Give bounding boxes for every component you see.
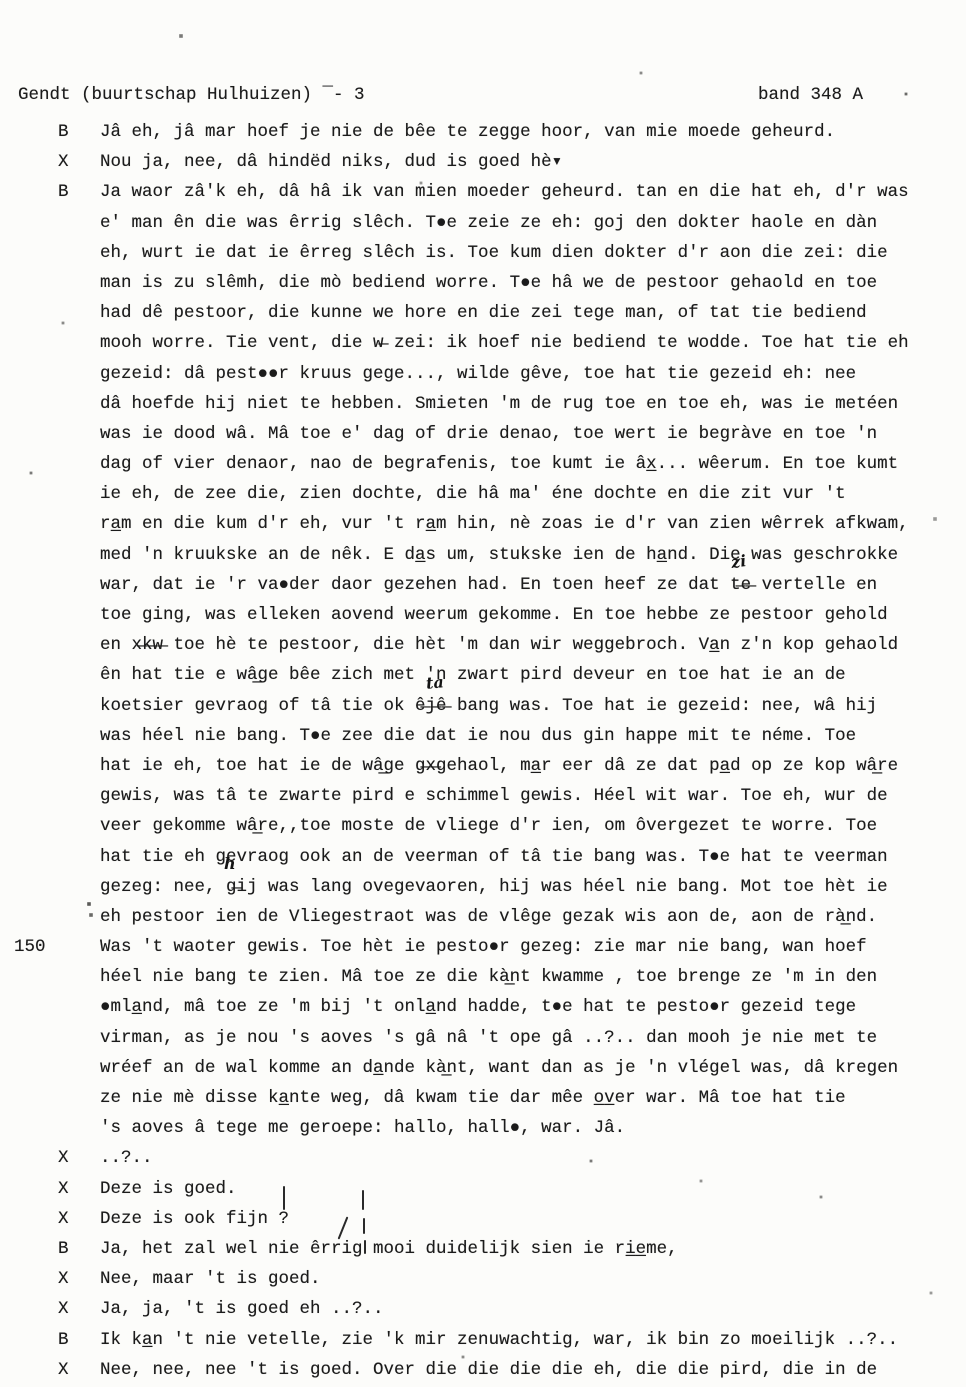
document-page: Gendt (buurtschap Hulhuizen) ‾- 3 band 3…: [0, 0, 966, 1387]
dialogue-line: eh, wurt ie dat ie êrreg slêch is. Toe k…: [0, 238, 966, 268]
dialogue-text: koetsier gevraog of tâ tie ok ê̶j̶ê̶ ban…: [100, 691, 877, 721]
dialogue-line: toe ging, was elleken aovend weerum geko…: [0, 600, 966, 630]
pen-mark-dash-1: [362, 1190, 364, 1210]
dialogue-line: Was 't waoter gewis. Toe hèt ie pesto●r …: [0, 932, 966, 962]
dialogue-line: med 'n kruukske an de nêk. E da̲s um, st…: [0, 540, 966, 570]
dialogue-text: ra̲m en die kum d'r eh, vur 't ra̲m hin,…: [100, 509, 909, 539]
dialogue-text: gezeid: dâ pest●●r kruus gege..., wilde …: [100, 359, 856, 389]
dialogue-text: ên hat tie e wâ̲ge bêe zich met 'n zwart…: [100, 660, 846, 690]
speaker-label: X: [58, 147, 98, 177]
dialogue-line: XDeze is ook fijn ?: [0, 1204, 966, 1234]
scan-speckles: [0, 0, 2, 2]
dialogue-line: dâ hoefde hij niet te hebben. Smieten 'm…: [0, 389, 966, 419]
dialogue-line: was ie dood wâ. Mâ toe e' dag of drie de…: [0, 419, 966, 449]
pen-mark-dash-2: [363, 1218, 365, 1234]
dialogue-line: veer gekomme wâ̲re,,toe moste de vliege …: [0, 811, 966, 841]
speaker-label: X: [58, 1355, 98, 1385]
dialogue-line: XNee, nee, nee 't is goed. Over die die …: [0, 1355, 966, 1385]
dialogue-text: eh pestoor ien de Vliegestraot was de vl…: [100, 902, 877, 932]
dialogue-line: BJa waor zâ'k eh, dâ hâ ik van mien moed…: [0, 177, 966, 207]
dialogue-text: war, dat ie 'r va●der daor gezehen had. …: [100, 570, 877, 600]
dialogue-text: héel nie bang te zien. Mâ toe ze die kà̲…: [100, 962, 877, 992]
dialogue-text: toe ging, was elleken aovend weerum geko…: [100, 600, 888, 630]
dialogue-text: Was 't waoter gewis. Toe hèt ie pesto●r …: [100, 932, 867, 962]
speaker-label: X: [58, 1204, 98, 1234]
dialogue-line: gezeg: nee, g̶ij was lang ovegevaoren, h…: [0, 872, 966, 902]
dialogue-text: 's aoves â tege me geroepe: hallo, hall●…: [100, 1113, 625, 1143]
dialogue-line: gezeid: dâ pest●●r kruus gege..., wilde …: [0, 359, 966, 389]
handwritten-correction-ta: ta: [425, 672, 444, 692]
speaker-label: X: [58, 1294, 98, 1324]
dialogue-text: veer gekomme wâ̲re,,toe moste de vliege …: [100, 811, 877, 841]
dialogue-line: koetsier gevraog of tâ tie ok ê̶j̶ê̶ ban…: [0, 691, 966, 721]
speaker-label: X: [58, 1174, 98, 1204]
dialogue-text: Ja, ja, 't is goed eh ..?..: [100, 1294, 384, 1324]
dialogue-line: XNou ja, nee, dâ hindëd niks, dud is goe…: [0, 147, 966, 177]
dialogue-line: XNee, maar 't is goed.: [0, 1264, 966, 1294]
dialogue-text: ●mla̲nd, mâ toe ze 'm bij 't onla̲nd had…: [100, 992, 856, 1022]
dialogue-text: Ja, het zal wel nie êrrig mooi duidelijk…: [100, 1234, 678, 1264]
handwritten-correction-h: h: [224, 854, 236, 873]
dialogue-line: ra̲m en die kum d'r eh, vur 't ra̲m hin,…: [0, 509, 966, 539]
dialogue-text: gewis, was tâ te zwarte pird e schimmel …: [100, 781, 888, 811]
dialogue-line: en x̶k̶w̶ toe hè te pestoor, die hèt 'm …: [0, 630, 966, 660]
dialogue-line: XJa, ja, 't is goed eh ..?..: [0, 1294, 966, 1324]
dialogue-text: gezeg: nee, g̶ij was lang ovegevaoren, h…: [100, 872, 888, 902]
dialogue-line: man is zu slêmh, die mò bediend worre. T…: [0, 268, 966, 298]
dialogue-line: hat tie eh gevraog ook an de veerman of …: [0, 842, 966, 872]
dialogue-text: wréef an de wal komme an da̲nde kà̲nt, w…: [100, 1053, 898, 1083]
dialogue-line: gewis, was tâ te zwarte pird e schimmel …: [0, 781, 966, 811]
dialogue-line: e' man ên die was êrrig slêch. T●e zeie …: [0, 208, 966, 238]
dialogue-line: wréef an de wal komme an da̲nde kà̲nt, w…: [0, 1053, 966, 1083]
dialogue-text: med 'n kruukske an de nêk. E da̲s um, st…: [100, 540, 898, 570]
handwritten-correction-zi: zi: [730, 551, 748, 572]
dialogue-line: had dê pestoor, die kunne we hore en die…: [0, 298, 966, 328]
speaker-label: B: [58, 117, 98, 147]
dialogue-line: war, dat ie 'r va●der daor gezehen had. …: [0, 570, 966, 600]
dialogue-text: ..?..: [100, 1143, 153, 1173]
dialogue-line: BJa, het zal wel nie êrrig mooi duidelij…: [0, 1234, 966, 1264]
dialogue-line: eh pestoor ien de Vliegestraot was de vl…: [0, 902, 966, 932]
speaker-label: B: [58, 177, 98, 207]
dialogue-line: ên hat tie e wâ̲ge bêe zich met 'n zwart…: [0, 660, 966, 690]
dialogue-text: e' man ên die was êrrig slêch. T●e zeie …: [100, 208, 877, 238]
dialogue-line: hat ie eh, toe hat ie de wâ̲ge g̶x̶gehao…: [0, 751, 966, 781]
dialogue-line: was héel nie bang. T●e zee die dat ie no…: [0, 721, 966, 751]
document-title: Gendt (buurtschap Hulhuizen) ‾- 3: [18, 85, 365, 105]
dialogue-text: Jâ eh, jâ mar hoef je nie de bêe te zegg…: [100, 117, 835, 147]
dialogue-text: man is zu slêmh, die mò bediend worre. T…: [100, 268, 877, 298]
dialogue-line: ●mla̲nd, mâ toe ze 'm bij 't onla̲nd had…: [0, 992, 966, 1022]
dialogue-text: Ja waor zâ'k eh, dâ hâ ik van mien moede…: [100, 177, 909, 207]
speaker-label: X: [58, 1264, 98, 1294]
transcript: BJâ eh, jâ mar hoef je nie de bêe te zeg…: [0, 117, 966, 1385]
dialogue-line: BJâ eh, jâ mar hoef je nie de bêe te zeg…: [0, 117, 966, 147]
dialogue-line: BIk ka̲n 't nie vetelle, zie 'k mir zenu…: [0, 1325, 966, 1355]
dialogue-text: en x̶k̶w̶ toe hè te pestoor, die hèt 'm …: [100, 630, 898, 660]
dialogue-text: Nou ja, nee, dâ hindëd niks, dud is goed…: [100, 147, 562, 177]
dialogue-text: Deze is goed.: [100, 1174, 237, 1204]
dialogue-text: mooh worre. Tie vent, die w̶ zei: ik hoe…: [100, 328, 909, 358]
dialogue-text: hat tie eh gevraog ook an de veerman of …: [100, 842, 888, 872]
dialogue-text: had dê pestoor, die kunne we hore en die…: [100, 298, 867, 328]
dialogue-line: ze nie mè disse ka̲nte weg, dâ kwam tie …: [0, 1083, 966, 1113]
dialogue-text: hat ie eh, toe hat ie de wâ̲ge g̶x̶gehao…: [100, 751, 898, 781]
dialogue-line: dag of vier denaor, nao de begrafenis, t…: [0, 449, 966, 479]
dialogue-line: virman, as je nou 's aoves 's gâ nâ 't o…: [0, 1023, 966, 1053]
dialogue-line: XDeze is goed.: [0, 1174, 966, 1204]
speaker-label: B: [58, 1325, 98, 1355]
dialogue-text: was héel nie bang. T●e zee die dat ie no…: [100, 721, 856, 751]
dialogue-text: dag of vier denaor, nao de begrafenis, t…: [100, 449, 898, 479]
dialogue-text: ie eh, de zee die, zien dochte, die hâ m…: [100, 479, 846, 509]
dialogue-text: Nee, maar 't is goed.: [100, 1264, 321, 1294]
speaker-label: B: [58, 1234, 98, 1264]
document-header: Gendt (buurtschap Hulhuizen) ‾- 3 band 3…: [0, 85, 966, 115]
pen-mark-vertical: [283, 1186, 285, 1210]
dialogue-line: mooh worre. Tie vent, die w̶ zei: ik hoe…: [0, 328, 966, 358]
dialogue-text: Nee, nee, nee 't is goed. Over die die d…: [100, 1355, 877, 1385]
dialogue-line: X..?..: [0, 1143, 966, 1173]
dialogue-text: virman, as je nou 's aoves 's gâ nâ 't o…: [100, 1023, 877, 1053]
dialogue-text: eh, wurt ie dat ie êrreg slêch is. Toe k…: [100, 238, 888, 268]
dialogue-text: ze nie mè disse ka̲nte weg, dâ kwam tie …: [100, 1083, 846, 1113]
pen-mark-dash-3: [364, 1240, 366, 1254]
speaker-label: X: [58, 1143, 98, 1173]
dialogue-line: 's aoves â tege me geroepe: hallo, hall●…: [0, 1113, 966, 1143]
dialogue-text: was ie dood wâ. Mâ toe e' dag of drie de…: [100, 419, 877, 449]
dialogue-text: Deze is ook fijn ?: [100, 1204, 289, 1234]
dialogue-text: Ik ka̲n 't nie vetelle, zie 'k mir zenuw…: [100, 1325, 898, 1355]
dialogue-line: ie eh, de zee die, zien dochte, die hâ m…: [0, 479, 966, 509]
dialogue-line: héel nie bang te zien. Mâ toe ze die kà̲…: [0, 962, 966, 992]
dialogue-text: dâ hoefde hij niet te hebben. Smieten 'm…: [100, 389, 898, 419]
band-number: band 348 A: [758, 85, 863, 105]
